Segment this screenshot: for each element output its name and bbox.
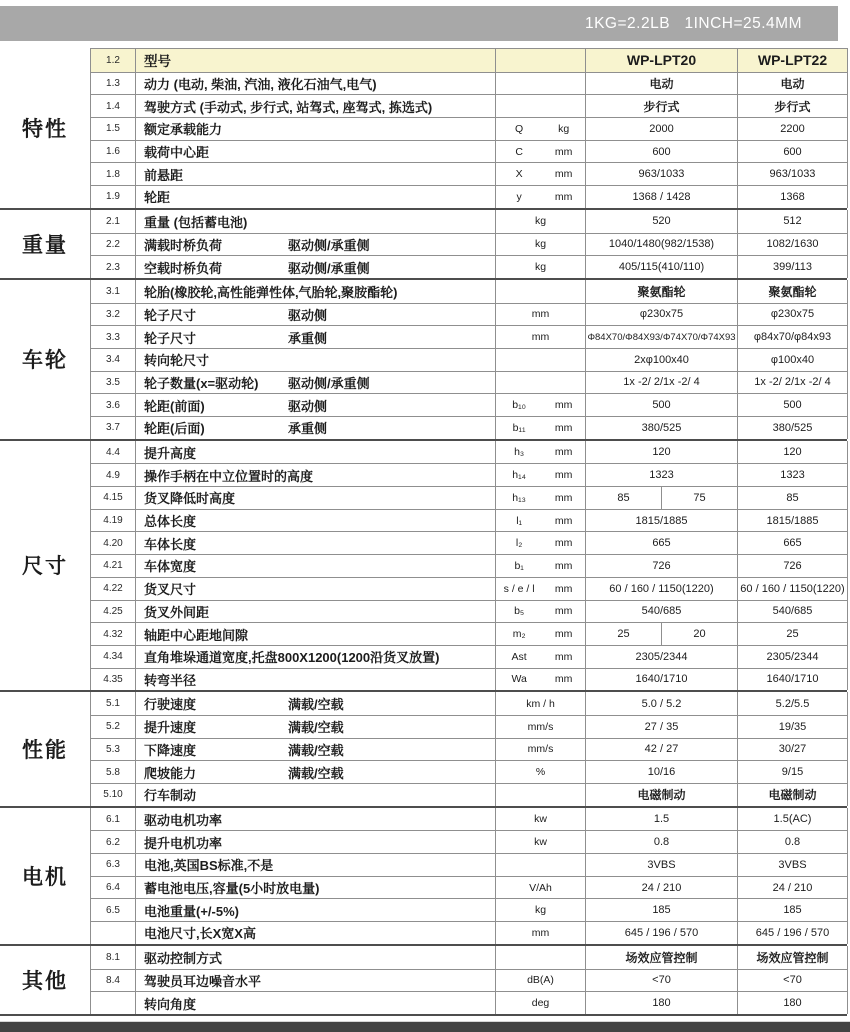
symbol: s / e / l [496, 583, 542, 595]
symbol-unit-cell: l₁mm [495, 510, 585, 532]
unit: mm/s [496, 721, 585, 733]
spec-label-cell: 提升速度满载/空载 [135, 716, 495, 738]
unit: V/Ah [496, 882, 585, 894]
category-label: 电机 [0, 808, 90, 944]
spec-label-cell: 转弯半径 [135, 669, 495, 691]
value-wp-lpt20: 645 / 196 / 570 [585, 922, 737, 944]
spec-label: 下降速度 [144, 740, 196, 759]
unit: mm [542, 168, 585, 180]
row-number: 6.2 [91, 831, 135, 853]
table-section: 尺寸4.4提升高度h₃mm1201204.9操作手柄在中立位置时的高度h₁₄mm… [0, 439, 847, 691]
symbol: l₁ [496, 515, 542, 527]
row-number: 4.32 [91, 623, 135, 645]
table-section: 电机6.1驱动电机功率kw1.51.5(AC)6.2提升电机功率kw0.80.8… [0, 806, 847, 944]
spec-row: 转向角度deg180180 [91, 991, 848, 1014]
value-wp-lpt20: 665 [585, 532, 737, 554]
table-section: 性能5.1行驶速度满载/空载km / h5.0 / 5.25.2/5.55.2提… [0, 690, 847, 805]
value-wp-lpt22: 120 [737, 441, 848, 464]
value-wp-lpt20-right: 75 [661, 487, 737, 509]
row-number: 3.1 [91, 280, 135, 303]
value-wp-lpt20: 380/525 [585, 417, 737, 439]
symbol-unit-cell: % [495, 761, 585, 783]
spec-label: 驱动控制方式 [144, 948, 222, 967]
value-wp-lpt22: 1815/1885 [737, 510, 848, 532]
unit: mm [496, 331, 585, 343]
spec-label: 轮距(后面) [144, 418, 205, 437]
spec-label-cell: 爬坡能力满载/空载 [135, 761, 495, 783]
symbol-unit-cell [495, 280, 585, 303]
value-wp-lpt22: 1082/1630 [737, 234, 848, 256]
spec-label-cell: 空载时桥负荷驱动侧/承重侧 [135, 256, 495, 278]
unit: mm [542, 651, 585, 663]
unit: kg [496, 904, 585, 916]
symbol-unit-cell: h₁₄mm [495, 464, 585, 486]
row-number: 5.10 [91, 784, 135, 806]
spec-label: 前悬距 [144, 165, 183, 184]
category-label: 性能 [0, 692, 90, 805]
spec-row: 4.9操作手柄在中立位置时的高度h₁₄mm13231323 [91, 463, 848, 486]
value-wp-lpt22: 540/685 [737, 601, 848, 623]
spec-sublabel: 驱动侧 [288, 394, 327, 416]
spec-label-cell: 操作手柄在中立位置时的高度 [135, 464, 495, 486]
unit: mm [542, 492, 585, 504]
spec-row: 1.8前悬距Xmm963/1033963/1033 [91, 162, 848, 185]
value-wp-lpt20: 聚氨酯轮 [585, 280, 737, 303]
symbol: b₁ [496, 560, 542, 572]
symbol-unit-cell: Astmm [495, 646, 585, 668]
value-wp-lpt22: 场效应管控制 [737, 946, 848, 969]
symbol-unit-cell: km / h [495, 692, 585, 715]
symbol-unit-cell: b₁₁mm [495, 417, 585, 439]
unit-conversion-note: 1KG=2.2LB 1INCH=25.4MM [585, 15, 802, 33]
symbol: C [496, 146, 542, 158]
row-number: 4.34 [91, 646, 135, 668]
value-wp-lpt20: 1040/1480(982/1538) [585, 234, 737, 256]
spec-row: 4.15货叉降低时高度h₁₃mm857585 [91, 486, 848, 509]
symbol: b₅ [496, 605, 542, 617]
spec-label: 载荷中心距 [144, 142, 209, 161]
spec-row: 3.7轮距(后面)承重侧b₁₁mm380/525380/525 [91, 416, 848, 439]
spec-label-cell: 轮距(前面)驱动侧 [135, 394, 495, 416]
symbol: X [496, 168, 542, 180]
row-number: 1.9 [91, 186, 135, 208]
spec-label: 操作手柄在中立位置时的高度 [144, 466, 313, 485]
table-section: 重量2.1重量 (包括蓄电池)kg5205122.2满载时桥负荷驱动侧/承重侧k… [0, 208, 847, 278]
symbol-unit-cell: kg [495, 256, 585, 278]
unit: mm [542, 515, 585, 527]
row-number: 6.4 [91, 877, 135, 899]
symbol-unit-cell: mm [495, 326, 585, 348]
symbol-unit-cell: h₃mm [495, 441, 585, 464]
spec-label-cell: 轮距 [135, 186, 495, 208]
row-number: 4.22 [91, 578, 135, 600]
symbol-unit-cell: kw [495, 831, 585, 853]
spec-row: 1.9轮距ymm1368 / 14281368 [91, 185, 848, 208]
symbol-unit-cell [495, 784, 585, 806]
spec-label-cell: 提升高度 [135, 441, 495, 464]
unit-conversion-banner: 1KG=2.2LB 1INCH=25.4MM [0, 6, 838, 41]
spec-row: 5.10行车制动电磁制动电磁制动 [91, 783, 848, 806]
split-values: 2520 [586, 623, 737, 645]
spec-label: 轮子尺寸 [144, 305, 196, 324]
spec-label: 总体长度 [144, 511, 196, 530]
spec-label-cell: 转向轮尺寸 [135, 349, 495, 371]
unit: mm [542, 422, 585, 434]
row-number: 4.15 [91, 487, 135, 509]
spec-label-cell: 满载时桥负荷驱动侧/承重侧 [135, 234, 495, 256]
unit: mm [542, 146, 585, 158]
value-wp-lpt20-left: 25 [586, 623, 661, 645]
spec-row: 4.19总体长度l₁mm1815/18851815/1885 [91, 509, 848, 532]
value-wp-lpt20: 27 / 35 [585, 716, 737, 738]
spec-row: 3.3轮子尺寸承重侧mmΦ84X70/Φ84X93/Φ74X70/Φ74X93φ… [91, 325, 848, 348]
category-label: 尺寸 [0, 441, 90, 691]
spec-label: 提升电机功率 [144, 833, 222, 852]
value-wp-lpt22: 聚氨酯轮 [737, 280, 848, 303]
value-wp-lpt20: 2xφ100x40 [585, 349, 737, 371]
value-wp-lpt22: 步行式 [737, 95, 848, 117]
spec-label-cell: 轮子数量(x=驱动轮)驱动侧/承重侧 [135, 372, 495, 394]
unit: mm [496, 308, 585, 320]
spec-row: 3.2轮子尺寸驱动侧mmφ230x75φ230x75 [91, 303, 848, 326]
spec-label-cell: 货叉尺寸 [135, 578, 495, 600]
value-wp-lpt22: 1x -2/ 2/1x -2/ 4 [737, 372, 848, 394]
spec-label-cell: 驾驶员耳边噪音水平 [135, 970, 495, 992]
spec-label-cell: 驱动控制方式 [135, 946, 495, 969]
value-wp-lpt20: 520 [585, 210, 737, 233]
spec-sublabel: 满载/空载 [288, 692, 344, 715]
value-wp-lpt20: 10/16 [585, 761, 737, 783]
value-wp-lpt22: 1640/1710 [737, 669, 848, 691]
spec-sublabel: 驱动侧/承重侧 [288, 256, 370, 278]
split-values: 8575 [586, 487, 737, 509]
spec-sublabel: 驱动侧/承重侧 [288, 372, 370, 394]
row-number: 4.4 [91, 441, 135, 464]
symbol-unit-cell: kg [495, 210, 585, 233]
unit: kg [496, 261, 585, 273]
spec-row: 1.4驾驶方式 (手动式, 步行式, 站驾式, 座驾式, 拣选式)步行式步行式 [91, 94, 848, 117]
value-wp-lpt20: 405/115(410/110) [585, 256, 737, 278]
value-wp-lpt22: 5.2/5.5 [737, 692, 848, 715]
value-wp-lpt20: 1x -2/ 2/1x -2/ 4 [585, 372, 737, 394]
value-wp-lpt20: 185 [585, 899, 737, 921]
value-wp-lpt22: 85 [737, 487, 848, 509]
spec-label: 动力 (电动, 柴油, 汽油, 液化石油气,电气) [144, 74, 377, 93]
value-wp-lpt20: 600 [585, 141, 737, 163]
spec-label: 车体长度 [144, 534, 196, 553]
spec-label: 行车制动 [144, 785, 196, 804]
unit: kg [496, 215, 585, 227]
spec-label: 货叉外间距 [144, 602, 209, 621]
spec-label-cell: 总体长度 [135, 510, 495, 532]
symbol: y [496, 191, 542, 203]
row-number: 4.20 [91, 532, 135, 554]
spec-label-cell: 轴距中心距地间隙 [135, 623, 495, 645]
symbol-unit-cell: l₂mm [495, 532, 585, 554]
spec-sublabel: 满载/空载 [288, 739, 344, 761]
value-wp-lpt20-right: 20 [661, 623, 737, 645]
symbol-unit-cell: Xmm [495, 163, 585, 185]
spec-label: 货叉尺寸 [144, 579, 196, 598]
spec-sublabel: 驱动侧 [288, 304, 327, 326]
row-number: 4.21 [91, 555, 135, 577]
symbol-unit-cell: b₁₀mm [495, 394, 585, 416]
spec-row: 8.4驾驶员耳边噪音水平dB(A)<70<70 [91, 969, 848, 992]
category-label: 重量 [0, 210, 90, 278]
unit: kg [542, 123, 585, 135]
value-wp-lpt22: 1323 [737, 464, 848, 486]
spec-sublabel: 承重侧 [288, 326, 327, 348]
symbol-unit-cell: deg [495, 992, 585, 1014]
symbol-unit-cell: Cmm [495, 141, 585, 163]
value-wp-lpt20: Φ84X70/Φ84X93/Φ74X70/Φ74X93 [585, 326, 737, 348]
value-wp-lpt22: 2305/2344 [737, 646, 848, 668]
category-label: 车轮 [0, 280, 90, 439]
value-wp-lpt20: 0.8 [585, 831, 737, 853]
value-wp-lpt20: 963/1033 [585, 163, 737, 185]
spec-row: 3.5轮子数量(x=驱动轮)驱动侧/承重侧1x -2/ 2/1x -2/ 41x… [91, 371, 848, 394]
value-wp-lpt20: φ230x75 [585, 304, 737, 326]
spec-label: 空载时桥负荷 [144, 258, 222, 277]
value-wp-lpt22: 24 / 210 [737, 877, 848, 899]
symbol: Ast [496, 651, 542, 663]
symbol-unit-cell: s / e / lmm [495, 578, 585, 600]
unit: km / h [496, 698, 585, 710]
spec-label-cell: 动力 (电动, 柴油, 汽油, 液化石油气,电气) [135, 73, 495, 95]
spec-label: 额定承载能力 [144, 119, 222, 138]
spec-label-cell: 车体长度 [135, 532, 495, 554]
section-rows: 2.1重量 (包括蓄电池)kg5205122.2满载时桥负荷驱动侧/承重侧kg1… [90, 210, 848, 278]
footer-bar [0, 1021, 850, 1032]
spec-label-cell: 蓄电池电压,容量(5小时放电量) [135, 877, 495, 899]
spec-label: 直角堆垛通道宽度,托盘800X1200(1200沿货叉放置) [144, 647, 439, 666]
value-wp-lpt20: WP-LPT20 [585, 49, 737, 72]
spec-row: 5.2提升速度满载/空载mm/s27 / 3519/35 [91, 715, 848, 738]
spec-label: 提升速度 [144, 717, 196, 736]
spec-row: 1.6载荷中心距Cmm600600 [91, 140, 848, 163]
table-section: 其他8.1驱动控制方式场效应管控制场效应管控制8.4驾驶员耳边噪音水平dB(A)… [0, 944, 847, 1014]
unit: mm [542, 605, 585, 617]
row-number: 4.35 [91, 669, 135, 691]
row-number: 2.3 [91, 256, 135, 278]
section-rows: 5.1行驶速度满载/空载km / h5.0 / 5.25.2/5.55.2提升速… [90, 692, 848, 805]
symbol-unit-cell [495, 372, 585, 394]
value-wp-lpt22: 9/15 [737, 761, 848, 783]
row-number: 4.19 [91, 510, 135, 532]
spec-sublabel: 驱动侧/承重侧 [288, 234, 370, 256]
spec-label-cell: 电池尺寸,长X宽X高 [135, 922, 495, 944]
symbol-unit-cell [495, 349, 585, 371]
value-wp-lpt20: 120 [585, 441, 737, 464]
spec-row: 2.3空载时桥负荷驱动侧/承重侧kg405/115(410/110)399/11… [91, 255, 848, 278]
value-wp-lpt20-split-cell: 8575 [585, 487, 737, 509]
spec-label-cell: 前悬距 [135, 163, 495, 185]
spec-label: 轮子数量(x=驱动轮) [144, 373, 258, 392]
spec-row: 2.1重量 (包括蓄电池)kg520512 [91, 210, 848, 233]
unit: mm [542, 469, 585, 481]
spec-label: 重量 (包括蓄电池) [144, 212, 247, 231]
spec-row: 4.4提升高度h₃mm120120 [91, 441, 848, 464]
spec-row: 4.20车体长度l₂mm665665 [91, 531, 848, 554]
spec-label: 转向轮尺寸 [144, 350, 209, 369]
row-number: 2.1 [91, 210, 135, 233]
row-number: 4.9 [91, 464, 135, 486]
spec-row: 5.3下降速度满载/空载mm/s42 / 2730/27 [91, 738, 848, 761]
row-number: 8.4 [91, 970, 135, 992]
value-wp-lpt22: 963/1033 [737, 163, 848, 185]
section-rows: 3.1轮胎(橡胶轮,高性能弹性体,气胎轮,聚胺酯轮)聚氨酯轮聚氨酯轮3.2轮子尺… [90, 280, 848, 439]
row-number: 5.2 [91, 716, 135, 738]
value-wp-lpt20: 1.5 [585, 808, 737, 831]
spec-sublabel: 满载/空载 [288, 761, 344, 783]
symbol: l₂ [496, 537, 542, 549]
value-wp-lpt22: 25 [737, 623, 848, 645]
value-wp-lpt20: 42 / 27 [585, 739, 737, 761]
spec-label: 轮胎(橡胶轮,高性能弹性体,气胎轮,聚胺酯轮) [144, 282, 398, 301]
row-number: 1.4 [91, 95, 135, 117]
symbol: h₃ [496, 446, 542, 458]
value-wp-lpt20: 电动 [585, 73, 737, 95]
spec-label: 蓄电池电压,容量(5小时放电量) [144, 878, 320, 897]
spec-label: 驱动电机功率 [144, 810, 222, 829]
value-wp-lpt22: <70 [737, 970, 848, 992]
spec-row: 电池尺寸,长X宽X高mm645 / 196 / 570645 / 196 / 5… [91, 921, 848, 944]
spec-label-cell: 电池,英国BS标准,不是 [135, 854, 495, 876]
row-number [91, 992, 135, 1014]
value-wp-lpt22: WP-LPT22 [737, 49, 848, 72]
row-number: 5.3 [91, 739, 135, 761]
value-wp-lpt20: 2305/2344 [585, 646, 737, 668]
spec-label: 爬坡能力 [144, 763, 196, 782]
symbol: h₁₄ [496, 469, 542, 481]
value-wp-lpt20: 24 / 210 [585, 877, 737, 899]
symbol-unit-cell: ymm [495, 186, 585, 208]
spec-row: 4.22货叉尺寸s / e / lmm60 / 160 / 1150(1220)… [91, 577, 848, 600]
row-number: 5.1 [91, 692, 135, 715]
section-rows: 4.4提升高度h₃mm1201204.9操作手柄在中立位置时的高度h₁₄mm13… [90, 441, 848, 691]
row-number: 3.4 [91, 349, 135, 371]
symbol-unit-cell: V/Ah [495, 877, 585, 899]
row-number: 1.6 [91, 141, 135, 163]
symbol-unit-cell: Qkg [495, 118, 585, 140]
spec-row: 1.3动力 (电动, 柴油, 汽油, 液化石油气,电气)电动电动 [91, 72, 848, 95]
spec-label: 电池尺寸,长X宽X高 [144, 923, 256, 942]
value-wp-lpt22: 380/525 [737, 417, 848, 439]
spec-label-cell: 行车制动 [135, 784, 495, 806]
row-number: 4.25 [91, 601, 135, 623]
value-wp-lpt20: 1815/1885 [585, 510, 737, 532]
spec-label-cell: 重量 (包括蓄电池) [135, 210, 495, 233]
spec-label-cell: 驾驶方式 (手动式, 步行式, 站驾式, 座驾式, 拣选式) [135, 95, 495, 117]
symbol-unit-cell: dB(A) [495, 970, 585, 992]
unit: mm [542, 673, 585, 685]
symbol-unit-cell: b₅mm [495, 601, 585, 623]
unit: deg [496, 997, 585, 1009]
row-number: 2.2 [91, 234, 135, 256]
spec-label: 货叉降低时高度 [144, 488, 235, 507]
row-number: 1.3 [91, 73, 135, 95]
spec-row: 1.5额定承载能力Qkg20002200 [91, 117, 848, 140]
spec-label: 电池重量(+/-5%) [144, 901, 239, 920]
symbol-unit-cell: mm/s [495, 739, 585, 761]
row-number: 6.1 [91, 808, 135, 831]
row-number: 1.2 [91, 49, 135, 72]
value-wp-lpt22: 1368 [737, 186, 848, 208]
value-wp-lpt22: 60 / 160 / 1150(1220) [737, 578, 848, 600]
value-wp-lpt20: 场效应管控制 [585, 946, 737, 969]
spec-label-cell: 下降速度满载/空载 [135, 739, 495, 761]
symbol-unit-cell: Wamm [495, 669, 585, 691]
spec-label-cell: 直角堆垛通道宽度,托盘800X1200(1200沿货叉放置) [135, 646, 495, 668]
spec-row: 5.1行驶速度满载/空载km / h5.0 / 5.25.2/5.5 [91, 692, 848, 715]
spec-label-cell: 转向角度 [135, 992, 495, 1014]
spec-label-cell: 货叉外间距 [135, 601, 495, 623]
value-wp-lpt22: 30/27 [737, 739, 848, 761]
symbol-unit-cell: h₁₃mm [495, 487, 585, 509]
spec-row: 4.34直角堆垛通道宽度,托盘800X1200(1200沿货叉放置)Astmm2… [91, 645, 848, 668]
spec-label: 驾驶员耳边噪音水平 [144, 971, 261, 990]
category-label: 特性 [0, 48, 90, 208]
value-wp-lpt22: φ84x70/φ84x93 [737, 326, 848, 348]
symbol-unit-cell [495, 95, 585, 117]
spec-label-cell: 轮胎(橡胶轮,高性能弹性体,气胎轮,聚胺酯轮) [135, 280, 495, 303]
unit: mm [542, 191, 585, 203]
value-wp-lpt22: φ100x40 [737, 349, 848, 371]
spec-label: 驾驶方式 (手动式, 步行式, 站驾式, 座驾式, 拣选式) [144, 97, 432, 116]
value-wp-lpt22: 665 [737, 532, 848, 554]
spec-label-cell: 车体宽度 [135, 555, 495, 577]
row-number: 8.1 [91, 946, 135, 969]
spec-label-cell: 轮距(后面)承重侧 [135, 417, 495, 439]
spec-label: 提升高度 [144, 443, 196, 462]
spec-row: 8.1驱动控制方式场效应管控制场效应管控制 [91, 946, 848, 969]
unit: mm [542, 583, 585, 595]
value-wp-lpt20: 60 / 160 / 1150(1220) [585, 578, 737, 600]
table-section: 车轮3.1轮胎(橡胶轮,高性能弹性体,气胎轮,聚胺酯轮)聚氨酯轮聚氨酯轮3.2轮… [0, 278, 847, 439]
spec-label: 轴距中心距地间隙 [144, 625, 248, 644]
spec-row: 4.35转弯半径Wamm1640/17101640/1710 [91, 668, 848, 691]
spec-label-cell: 轮子尺寸承重侧 [135, 326, 495, 348]
symbol-unit-cell: kw [495, 808, 585, 831]
value-wp-lpt20: 5.0 / 5.2 [585, 692, 737, 715]
spec-label-cell: 轮子尺寸驱动侧 [135, 304, 495, 326]
spec-label: 轮距(前面) [144, 396, 205, 415]
unit: mm [542, 628, 585, 640]
unit: kg [496, 238, 585, 250]
spec-row: 6.2提升电机功率kw0.80.8 [91, 830, 848, 853]
value-wp-lpt20: 3VBS [585, 854, 737, 876]
value-wp-lpt20: 726 [585, 555, 737, 577]
spec-label-cell: 型号 [135, 49, 495, 72]
value-wp-lpt22: 2200 [737, 118, 848, 140]
unit: dB(A) [496, 974, 585, 986]
spec-row: 3.1轮胎(橡胶轮,高性能弹性体,气胎轮,聚胺酯轮)聚氨酯轮聚氨酯轮 [91, 280, 848, 303]
symbol-unit-cell: kg [495, 234, 585, 256]
row-number: 3.3 [91, 326, 135, 348]
symbol: h₁₃ [496, 492, 542, 504]
value-wp-lpt20: 步行式 [585, 95, 737, 117]
spec-row: 6.5电池重量(+/-5%)kg185185 [91, 898, 848, 921]
unit: mm [542, 399, 585, 411]
spec-label: 行驶速度 [144, 694, 196, 713]
value-wp-lpt22: 1.5(AC) [737, 808, 848, 831]
value-wp-lpt22: 726 [737, 555, 848, 577]
value-wp-lpt22: 600 [737, 141, 848, 163]
spec-label: 型号 [144, 50, 171, 70]
symbol-unit-cell [495, 946, 585, 969]
spec-row: 4.25货叉外间距b₅mm540/685540/685 [91, 600, 848, 623]
value-wp-lpt22: 3VBS [737, 854, 848, 876]
